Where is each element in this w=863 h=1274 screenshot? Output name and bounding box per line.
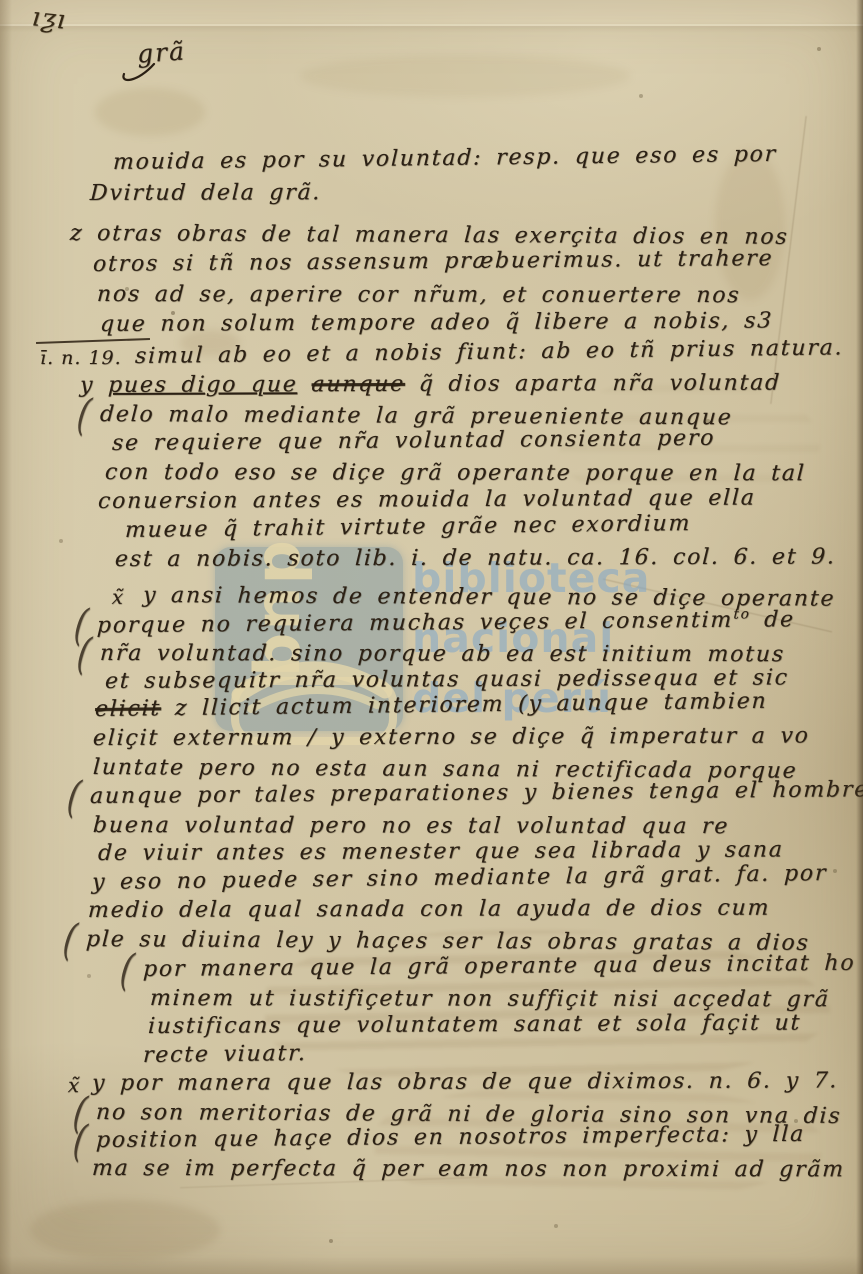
- manuscript-line-segment: que non solum tempore adeo q̃ libere a n…: [99, 308, 773, 337]
- manuscript-line: que non solum tempore adeo q̃ libere a n…: [99, 308, 773, 337]
- manuscript-line-segment: est a nobis. soto lib. i. de natu. ca. 1…: [114, 544, 836, 572]
- manuscript-line-segment: z otras obras de tal manera las exerçita…: [69, 221, 789, 250]
- manuscript-line: eliçit externum / y externo se diçe q̃ i…: [92, 723, 810, 751]
- manuscript-line-segment: position que haçe dios en nosotros imper…: [95, 1122, 805, 1153]
- manuscript-line-segment: simul ab eo et a nobis fiunt: ab eo tñ p…: [134, 335, 843, 369]
- manuscript-line-segment: de viuir antes es menester que sea libra…: [97, 837, 784, 866]
- line-flourish: (: [60, 913, 82, 968]
- handwritten-text-block: mouida es por su voluntad: resp. que eso…: [0, 0, 863, 1274]
- manuscript-line: y pues digo que aunque q̃ dios aparta nr…: [79, 371, 781, 398]
- manuscript-line-segment: ma se im perfecta q̃ per eam nos non pro…: [91, 1156, 845, 1182]
- manuscript-line: y eso no puede ser sino mediante la grã …: [91, 861, 827, 895]
- manuscript-line-segment: nos ad se, aperire cor nr̃um, et conuert…: [96, 282, 741, 308]
- manuscript-line: otros si tñ nos assensum præbuerimus. ut…: [92, 246, 773, 277]
- manuscript-line-segment: mouida es por su voluntad: resp. que eso…: [112, 142, 777, 175]
- line-flourish: (: [64, 770, 85, 825]
- page-edge-shadow-right: [856, 0, 863, 1274]
- manuscript-line: con todo eso se diçe grã operante porque…: [104, 460, 806, 486]
- manuscript-line: iustificans que voluntatem sanat et sola…: [147, 1011, 801, 1039]
- manuscript-line-segment: Dvirtud dela grã.: [89, 180, 321, 206]
- manuscript-line: medio dela qual sanada con la ayuda de d…: [87, 896, 770, 923]
- manuscript-line: Dvirtud dela grã.: [89, 180, 321, 206]
- manuscript-line: minem ut iustifiçetur non suffiçit nisi …: [149, 986, 830, 1012]
- manuscript-line: est a nobis. soto lib. i. de natu. ca. 1…: [114, 544, 836, 572]
- manuscript-line-segment: buena voluntad pero no es tal voluntad q…: [92, 813, 730, 839]
- manuscript-line-segment: y eso no puede ser sino mediante la grã …: [91, 861, 827, 895]
- manuscript-line-segment: z llicit actum interiorem (y aunque tamb…: [161, 689, 768, 721]
- manuscript-line: de viuir antes es menester que sea libra…: [97, 837, 784, 866]
- manuscript-line: conuersion antes es mouida la voluntad q…: [97, 486, 756, 514]
- manuscript-line-segment: to: [733, 606, 751, 622]
- manuscript-line: position que haçe dios en nosotros imper…: [95, 1122, 805, 1153]
- manuscript-page: bnp biblioteca nacional del perú ıƺı grã…: [0, 0, 863, 1274]
- manuscript-line: mueue q̃ trahit virtute grãe nec exordiu…: [124, 511, 691, 543]
- manuscript-line-segment: y por manera que las obras de que diximo…: [91, 1068, 838, 1096]
- manuscript-line-segment: porque no requiera muchas veçes el conse…: [96, 608, 733, 639]
- manuscript-line-segment: recte viuatr.: [142, 1041, 307, 1068]
- manuscript-line: porque no requiera muchas veçes el conse…: [96, 606, 795, 638]
- manuscript-line: y por manera que las obras de que diximo…: [91, 1068, 838, 1096]
- manuscript-line-segment: se requiere que nr̃a voluntad consienta …: [111, 426, 715, 456]
- manuscript-line-segment: iustificans que voluntatem sanat et sola…: [147, 1011, 801, 1039]
- manuscript-line: se requiere que nr̃a voluntad consienta …: [111, 426, 715, 456]
- manuscript-line: elicit z llicit actum interiorem (y aunq…: [94, 689, 768, 722]
- manuscript-line-segment: medio dela qual sanada con la ayuda de d…: [87, 896, 770, 923]
- line-flourish: (: [74, 388, 96, 443]
- manuscript-line-segment: por manera que la grã operante qua deus …: [142, 951, 856, 982]
- manuscript-line: recte viuatr.: [142, 1041, 307, 1068]
- manuscript-line-segment: [297, 372, 312, 397]
- manuscript-line-segment: de: [750, 607, 796, 632]
- page-edge-shadow-bottom: [0, 1256, 863, 1274]
- manuscript-line-segment: q̃ dios aparta nr̃a voluntad: [404, 371, 781, 397]
- manuscript-line-segment: aunque: [311, 372, 406, 397]
- manuscript-line-segment: otros si tñ nos assensum præbuerimus. ut…: [92, 246, 773, 277]
- manuscript-line-segment: eliçit externum / y externo se diçe q̃ i…: [92, 723, 810, 751]
- manuscript-line: nos ad se, aperire cor nr̃um, et conuert…: [96, 282, 741, 308]
- manuscript-line-segment: pues digo que: [107, 372, 298, 398]
- manuscript-line: simul ab eo et a nobis fiunt: ab eo tñ p…: [134, 335, 843, 369]
- manuscript-line-segment: minem ut iustifiçetur non suffiçit nisi …: [149, 986, 830, 1012]
- manuscript-line: por manera que la grã operante qua deus …: [142, 951, 856, 982]
- manuscript-line: aunque por tales preparationes y bienes …: [89, 777, 863, 809]
- manuscript-line: z otras obras de tal manera las exerçita…: [69, 221, 789, 250]
- manuscript-line: mouida es por su voluntad: resp. que eso…: [112, 142, 777, 175]
- manuscript-line-segment: elicit: [94, 696, 161, 722]
- manuscript-line-segment: mueue q̃ trahit virtute grãe nec exordiu…: [124, 511, 691, 543]
- manuscript-line: ma se im perfecta q̃ per eam nos non pro…: [91, 1156, 845, 1182]
- manuscript-line: buena voluntad pero no es tal voluntad q…: [92, 813, 730, 839]
- manuscript-line-segment: conuersion antes es mouida la voluntad q…: [97, 486, 756, 514]
- manuscript-line-segment: nr̃a voluntad. sino porque ab ea est ini…: [99, 641, 785, 667]
- manuscript-line: nr̃a voluntad. sino porque ab ea est ini…: [99, 641, 785, 667]
- margin-mark: x̃: [111, 585, 125, 609]
- page-edge-shadow-left: [0, 0, 12, 1274]
- manuscript-line-segment: aunque por tales preparationes y bienes …: [89, 777, 863, 809]
- manuscript-line-segment: con todo eso se diçe grã operante porque…: [104, 460, 806, 486]
